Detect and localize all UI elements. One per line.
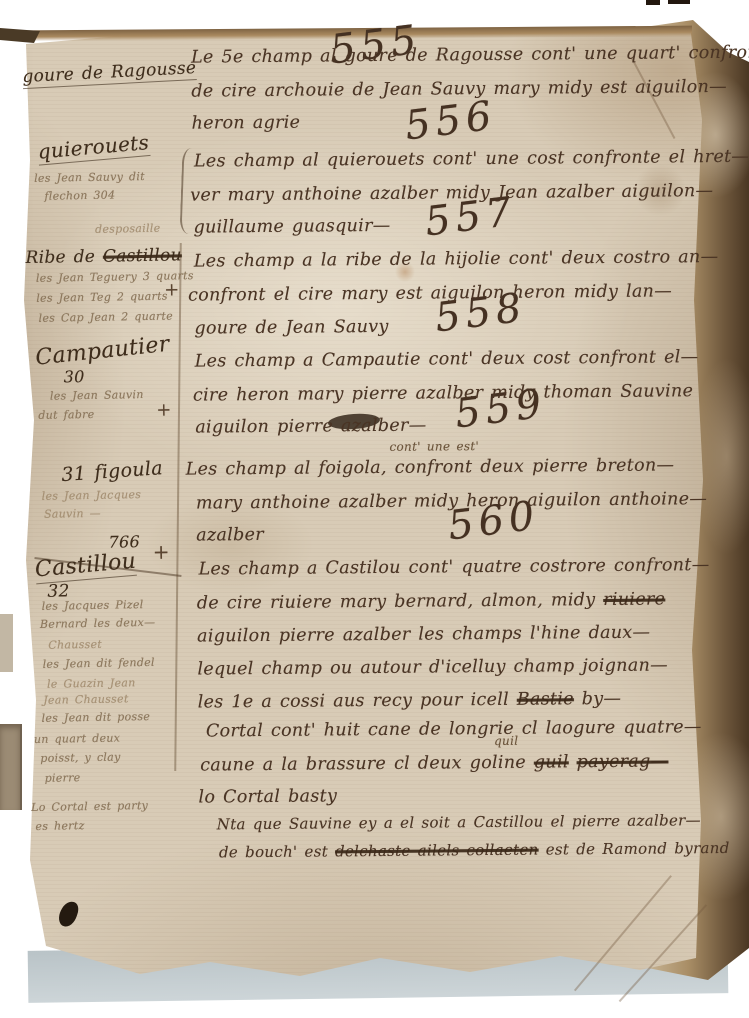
manuscript-line: Nta que Sauvine ey a el soit a Castillou… — [217, 811, 701, 833]
line-text: est de Ramond byrand — [539, 839, 730, 859]
manuscript-line: cire heron mary pierre azalber midy thom… — [193, 381, 693, 405]
manuscript-line: aiguilon pierre azalber— — [195, 416, 426, 438]
line-text: by— — [574, 689, 622, 709]
manuscript-line: guillaume guasquir— — [193, 216, 390, 238]
manuscript-line: de cire riuiere mary bernard, almon, mid… — [197, 589, 666, 613]
line-text: de cire riuiere mary bernard, almon, mid… — [197, 590, 604, 614]
entry-text-column: Le 5e champ al goure de Ragousse cont' u… — [0, 0, 749, 1018]
manuscript-photo: 555 556 557 558 559 560 goure de Ragouss… — [0, 0, 749, 1018]
manuscript-line: lo Cortal basty — [198, 786, 337, 807]
interlinear-note: cont' une est' — [389, 439, 479, 454]
manuscript-line: Le 5e champ al goure de Ragousse cont' u… — [191, 42, 749, 67]
manuscript-line: mary anthoine azalber midy heron aiguilo… — [196, 489, 707, 513]
manuscript-line: confront el cire mary est aiguilon heron… — [188, 281, 672, 305]
manuscript-line: Les champ a la ribe de la hijolie cont' … — [194, 247, 719, 272]
interlinear-note: quil — [494, 734, 518, 748]
manuscript-line: ver mary anthoine azalber midy Jean azal… — [190, 181, 713, 206]
manuscript-line: caune a la brassure cl deux goline guil … — [200, 751, 668, 775]
manuscript-line: les 1e a cossi aus recy pour icell Basti… — [198, 689, 622, 713]
manuscript-line: de cire archouie de Jean Sauvy mary midy… — [191, 77, 727, 102]
manuscript-line: de bouch' est delchaste ailels collaeten… — [219, 839, 730, 861]
line-struck: delchaste ailels collaeten — [335, 841, 539, 861]
line-text: caune a la brassure cl deux goline — [200, 753, 534, 776]
manuscript-line: heron agrie — [192, 113, 301, 134]
line-struck: guil — [534, 752, 569, 772]
manuscript-line: aiguilon pierre azalber les champs l'hin… — [197, 623, 650, 647]
line-text: de bouch' est — [219, 842, 335, 861]
manuscript-line: Les champ a Castilou cont' quatre costro… — [198, 555, 709, 579]
manuscript-line: Les champ al quierouets cont' une cost c… — [194, 147, 749, 172]
manuscript-line: Les champ al foigola, confront deux pier… — [186, 455, 675, 479]
manuscript-line: Les champ a Campautie cont' deux cost co… — [195, 347, 699, 371]
manuscript-line: Cortal cont' huit cane de longrie cl lao… — [206, 717, 702, 741]
line-struck: payerag— — [577, 751, 669, 772]
manuscript-line: lequel champ ou autour d'icelluy champ j… — [197, 655, 668, 679]
line-text: les 1e a cossi aus recy pour icell — [198, 690, 517, 713]
line-struck: Bastie — [517, 689, 574, 709]
manuscript-line: azalber — [196, 525, 264, 546]
line-struck: riuiere — [603, 589, 665, 610]
manuscript-line: goure de Jean Sauvy — [194, 317, 388, 339]
